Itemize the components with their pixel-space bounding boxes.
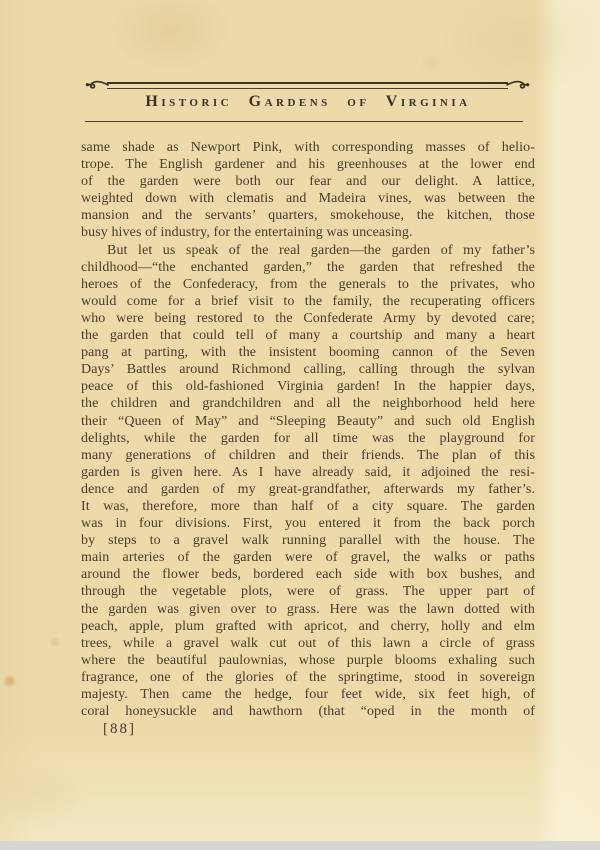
text-line: the garden that could tell of many a cou… [81,327,535,344]
text-line: trees, while a gravel walk cut out of th… [81,635,535,652]
text-line: many generations of children and their f… [81,447,535,464]
scroll-ornament-left-icon [85,79,109,91]
text-line: around the flower beds, bordered each si… [81,566,535,583]
text-line: trope. The English gardener and his gree… [81,156,535,173]
text-line: the children and grandchildren and all t… [81,395,535,412]
head-rule [85,121,523,122]
text-line: coral honeysuckle and hawthorn (that “op… [81,703,535,720]
text-line: But let us speak of the real garden—the … [81,242,535,259]
text-line: delights, while the garden for all time … [81,430,535,447]
text-line: where the beautiful paulownias, whose pu… [81,652,535,669]
text-line: by steps to a gravel walk running parall… [81,532,535,549]
text-line: dence and garden of my great-grandfather… [81,481,535,498]
foxing-spot [2,674,18,688]
text-line: was in four divisions. First, you entere… [81,515,535,532]
double-rule [107,82,508,89]
text-line: peace of this old-fashioned Virginia gar… [81,378,535,395]
text-line: busy hives of industry, for the entertai… [81,224,535,241]
text-line: mansion and the servants’ quarters, smok… [81,207,535,224]
text-line: their “Queen of May” and “Sleeping Beaut… [81,413,535,430]
text-line: would come for a brief visit to the fami… [81,293,535,310]
text-line: same shade as Newport Pink, with corresp… [81,139,535,156]
text-line: garden is given here. As I have already … [81,464,535,481]
text-line: weighted down with clematis and Madeira … [81,190,535,207]
text-line: who were being restored to the Confedera… [81,310,535,327]
text-line: majesty. Then came the hedge, four feet … [81,686,535,703]
text-line: of the garden were both our fear and our… [81,173,535,190]
foxing-spot [48,636,62,648]
text-line: through the vegetable plots, were of gra… [81,583,535,600]
page-text: same shade as Newport Pink, with corresp… [81,139,535,720]
text-line: It was, therefore, more than half of a c… [81,498,535,515]
text-line: heroes of the Confederacy, from the gene… [81,276,535,293]
book-page: Historic Gardens of Virginia same shade … [0,0,600,850]
page-number: [88] [103,721,136,738]
text-line: childhood—“the enchanted garden,” the ga… [81,259,535,276]
header-ornament-rule [85,79,530,91]
text-line: main arteries of the garden were of grav… [81,549,535,566]
text-line: Days’ Battles around Richmond calling, c… [81,361,535,378]
text-line: peach, apple, plum grafted with apricot,… [81,618,535,635]
scroll-ornament-right-icon [506,79,530,91]
running-head-title: Historic Gardens of Virginia [81,93,535,111]
text-line: the garden was given over to grass. Here… [81,601,535,618]
scan-edge-strip [0,841,600,850]
foxing-spot [418,55,444,71]
text-line: fragrance, one of the glories of the spr… [81,669,535,686]
text-line: pang at parting, with the insistent boom… [81,344,535,361]
